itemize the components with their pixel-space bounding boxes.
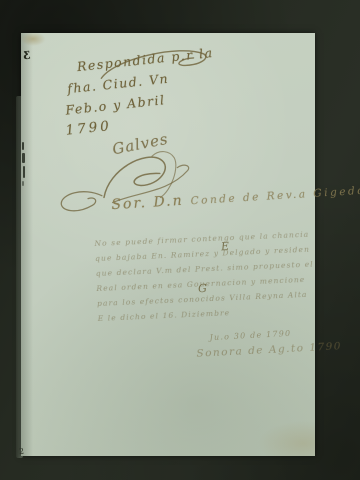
corner-mark: 2 <box>19 447 25 456</box>
dark-capital-accent: E <box>220 240 229 254</box>
edge-ink-mark <box>22 181 24 186</box>
response-note: Respondida p.r la fha. Ciud. Vn Feb.o y … <box>54 42 221 142</box>
dark-capital-accent: G <box>197 282 207 296</box>
edge-ink-mark <box>23 166 25 178</box>
salutation-swash-icon <box>57 188 105 217</box>
letter-body: No se puede firmar contengo que la chanc… <box>94 226 328 326</box>
folio-mark: Ƹ <box>22 49 31 63</box>
edge-ink-mark <box>22 153 25 163</box>
edge-ink-mark <box>22 142 24 150</box>
photo-of-manuscript: Ƹ Respondida p.r la fha. Ciud. Vn Feb.o … <box>0 0 360 480</box>
